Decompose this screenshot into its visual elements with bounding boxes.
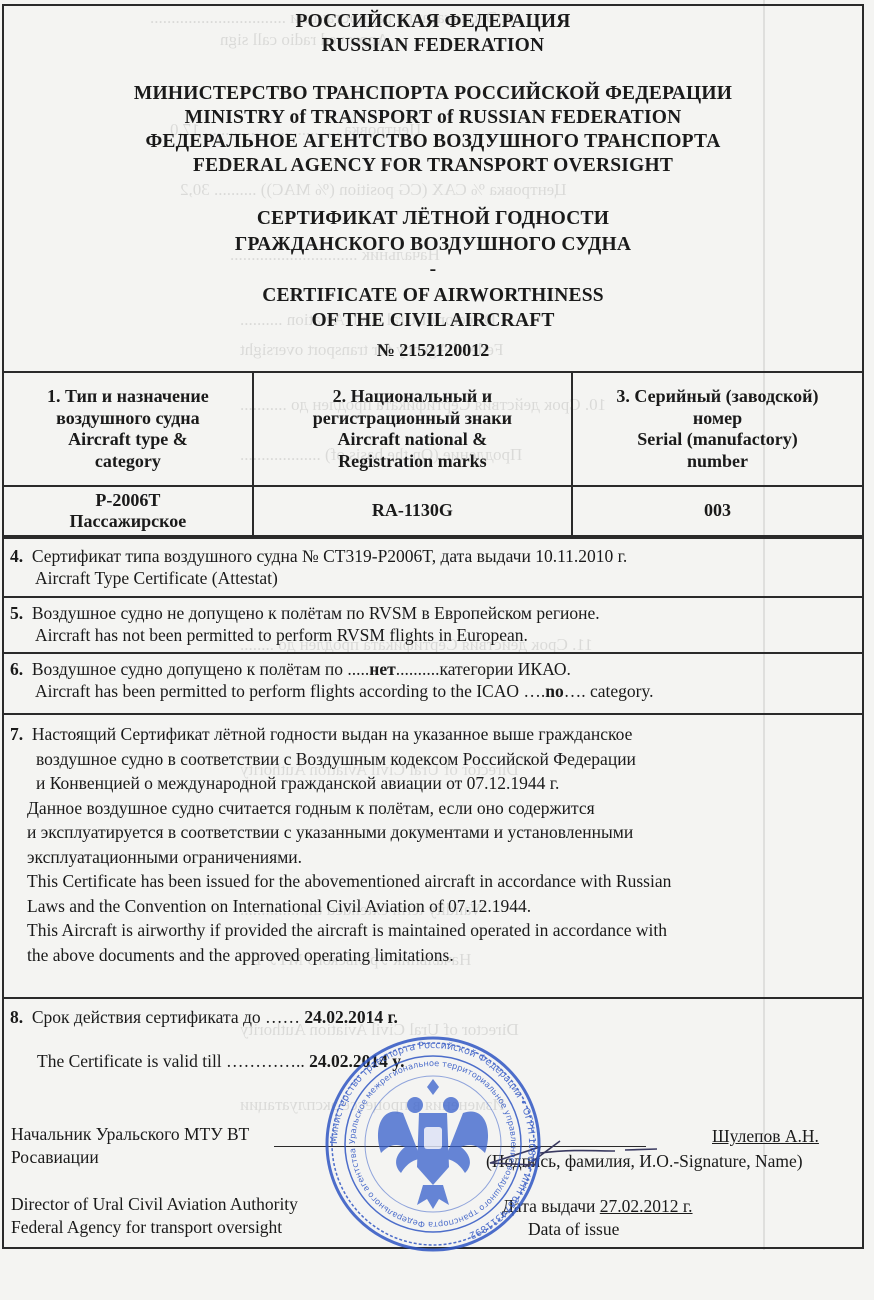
- official-stamp-icon: Министерство транспорта Российской Федер…: [323, 1035, 543, 1253]
- header-text: 3. Серийный (заводской): [573, 386, 862, 408]
- signatory-title-line: Director of Ural Civil Aviation Authorit…: [11, 1193, 298, 1216]
- type-certificate-ru: Сертификат типа воздушного судна № СТ319…: [32, 546, 627, 566]
- section-number: 6.: [10, 659, 23, 679]
- registration-value: RA-1130G: [253, 486, 572, 536]
- aircraft-specs-table: 1. Тип и назначение воздушного судна Air…: [2, 371, 864, 537]
- statement-line: воздушное судно в соответствии с Воздушн…: [10, 747, 864, 772]
- signatory-name: Шулепов А.Н.: [712, 1125, 819, 1147]
- section-rvsm: 5. Воздушное судно не допущено к полётам…: [2, 596, 864, 652]
- ministry-ru: МИНИСТЕРСТВО ТРАНСПОРТА РОССИЙСКОЙ ФЕДЕР…: [4, 82, 862, 106]
- aircraft-category: Пассажирское: [4, 511, 252, 533]
- section-number: 4.: [10, 546, 23, 566]
- validity-en-label: The Certificate is valid till …………..: [37, 1051, 309, 1071]
- statement-line: This Aircraft is airworthy if provided t…: [10, 918, 864, 943]
- section-type-certificate: 4. Сертификат типа воздушного судна № СТ…: [2, 537, 864, 597]
- header-text: Aircraft type &: [4, 429, 252, 451]
- validity-ru-date: 24.02.2014 г.: [304, 1007, 397, 1027]
- header-registration: 2. Национальный и регистрационный знаки …: [253, 372, 572, 486]
- country-ru: РОССИЙСКАЯ ФЕДЕРАЦИЯ: [4, 10, 862, 34]
- validity-ru-label: Срок действия сертификата до ……: [32, 1007, 305, 1027]
- agency-en: FEDERAL AGENCY FOR TRANSPORT OVERSIGHT: [4, 154, 862, 178]
- signatory-title-line: Росавиации: [11, 1146, 249, 1169]
- statement-line: Данное воздушное судно считается годным …: [10, 796, 864, 821]
- aircraft-type-value: P-2006T Пассажирское: [3, 486, 253, 536]
- specs-header-row: 1. Тип и назначение воздушного судна Air…: [3, 372, 863, 486]
- serial-value: 003: [572, 486, 863, 536]
- title-separator: -: [4, 257, 862, 283]
- section-certificate-statement: 7. Настоящий Сертификат лётной годности …: [2, 713, 864, 999]
- title-ru-2: ГРАЖДАНСКОГО ВОЗДУШНОГО СУДНА: [4, 232, 862, 258]
- statement-line: и Конвенцией о международной гражданской…: [10, 771, 864, 796]
- section-number: 7.: [10, 724, 23, 744]
- header-text: 2. Национальный и: [254, 386, 571, 408]
- title-ru-1: СЕРТИФИКАТ ЛЁТНОЙ ГОДНОСТИ: [4, 206, 862, 232]
- title-en-1: CERTIFICATE OF AIRWORTHINESS: [4, 283, 862, 309]
- rvsm-en: Aircraft has not been permitted to perfo…: [10, 624, 864, 646]
- agency-ru: ФЕДЕРАЛЬНОЕ АГЕНТСТВО ВОЗДУШНОГО ТРАНСПО…: [4, 130, 862, 154]
- icao-category-en-value: no: [545, 681, 563, 701]
- rvsm-ru: Воздушное судно не допущено к полётам по…: [32, 603, 600, 623]
- header-text: номер: [573, 408, 862, 430]
- section-number: 8.: [10, 1007, 23, 1027]
- signatory-title-line: Federal Agency for transport oversight: [11, 1216, 298, 1239]
- statement-line: Настоящий Сертификат лётной годности выд…: [32, 724, 633, 744]
- icao-ru-text: ..........категории ИКАО.: [396, 659, 571, 679]
- section-number: 5.: [10, 603, 23, 623]
- header-text: Aircraft national &: [254, 429, 571, 451]
- header-text: регистрационный знаки: [254, 408, 571, 430]
- certificate-number: № 2152120012: [4, 340, 862, 361]
- statement-line: Laws and the Convention on International…: [10, 894, 864, 919]
- signatory-title-line: Начальник Уральского МТУ ВТ: [11, 1123, 249, 1146]
- aircraft-type: P-2006T: [4, 490, 252, 512]
- country-heading: РОССИЙСКАЯ ФЕДЕРАЦИЯ RUSSIAN FEDERATION: [4, 10, 862, 58]
- header-text: number: [573, 451, 862, 473]
- type-certificate-en: Aircraft Type Certificate (Attestat): [10, 567, 864, 589]
- header-text: воздушного судна: [4, 408, 252, 430]
- signatory-title-en: Director of Ural Civil Aviation Authorit…: [11, 1193, 298, 1238]
- specs-value-row: P-2006T Пассажирское RA-1130G 003: [3, 486, 863, 536]
- statement-line: и эксплуатируется в соответствии с указа…: [10, 820, 864, 845]
- icao-category-ru-value: нет: [369, 659, 395, 679]
- header-serial: 3. Серийный (заводской) номер Serial (ma…: [572, 372, 863, 486]
- signatory-title-ru: Начальник Уральского МТУ ВТ Росавиации: [11, 1123, 249, 1168]
- authority-heading: МИНИСТЕРСТВО ТРАНСПОРТА РОССИЙСКОЙ ФЕДЕР…: [4, 82, 862, 178]
- header-text: 1. Тип и назначение: [4, 386, 252, 408]
- icao-ru-text: Воздушное судно допущено к полётам по ..…: [32, 659, 369, 679]
- statement-line: the above documents and the approved ope…: [10, 943, 864, 968]
- header-text: Registration marks: [254, 451, 571, 473]
- certificate-title: СЕРТИФИКАТ ЛЁТНОЙ ГОДНОСТИ ГРАЖДАНСКОГО …: [4, 206, 862, 334]
- statement-line: эксплуатационными ограничениями.: [10, 845, 864, 870]
- header-text: category: [4, 451, 252, 473]
- header-text: Serial (manufactory): [573, 429, 862, 451]
- icao-en-text: Aircraft has been permitted to perform f…: [35, 681, 545, 701]
- issue-date: 27.02.2012 г.: [600, 1196, 693, 1216]
- section-icao-category: 6. Воздушное судно допущено к полётам по…: [2, 652, 864, 714]
- header-aircraft-type: 1. Тип и назначение воздушного судна Air…: [3, 372, 253, 486]
- statement-line: This Certificate has been issued for the…: [10, 869, 864, 894]
- country-en: RUSSIAN FEDERATION: [4, 34, 862, 58]
- icao-en-text: …. category.: [564, 681, 654, 701]
- ministry-en: MINISTRY of TRANSPORT of RUSSIAN FEDERAT…: [4, 106, 862, 130]
- title-en-2: OF THE CIVIL AIRCRAFT: [4, 308, 862, 334]
